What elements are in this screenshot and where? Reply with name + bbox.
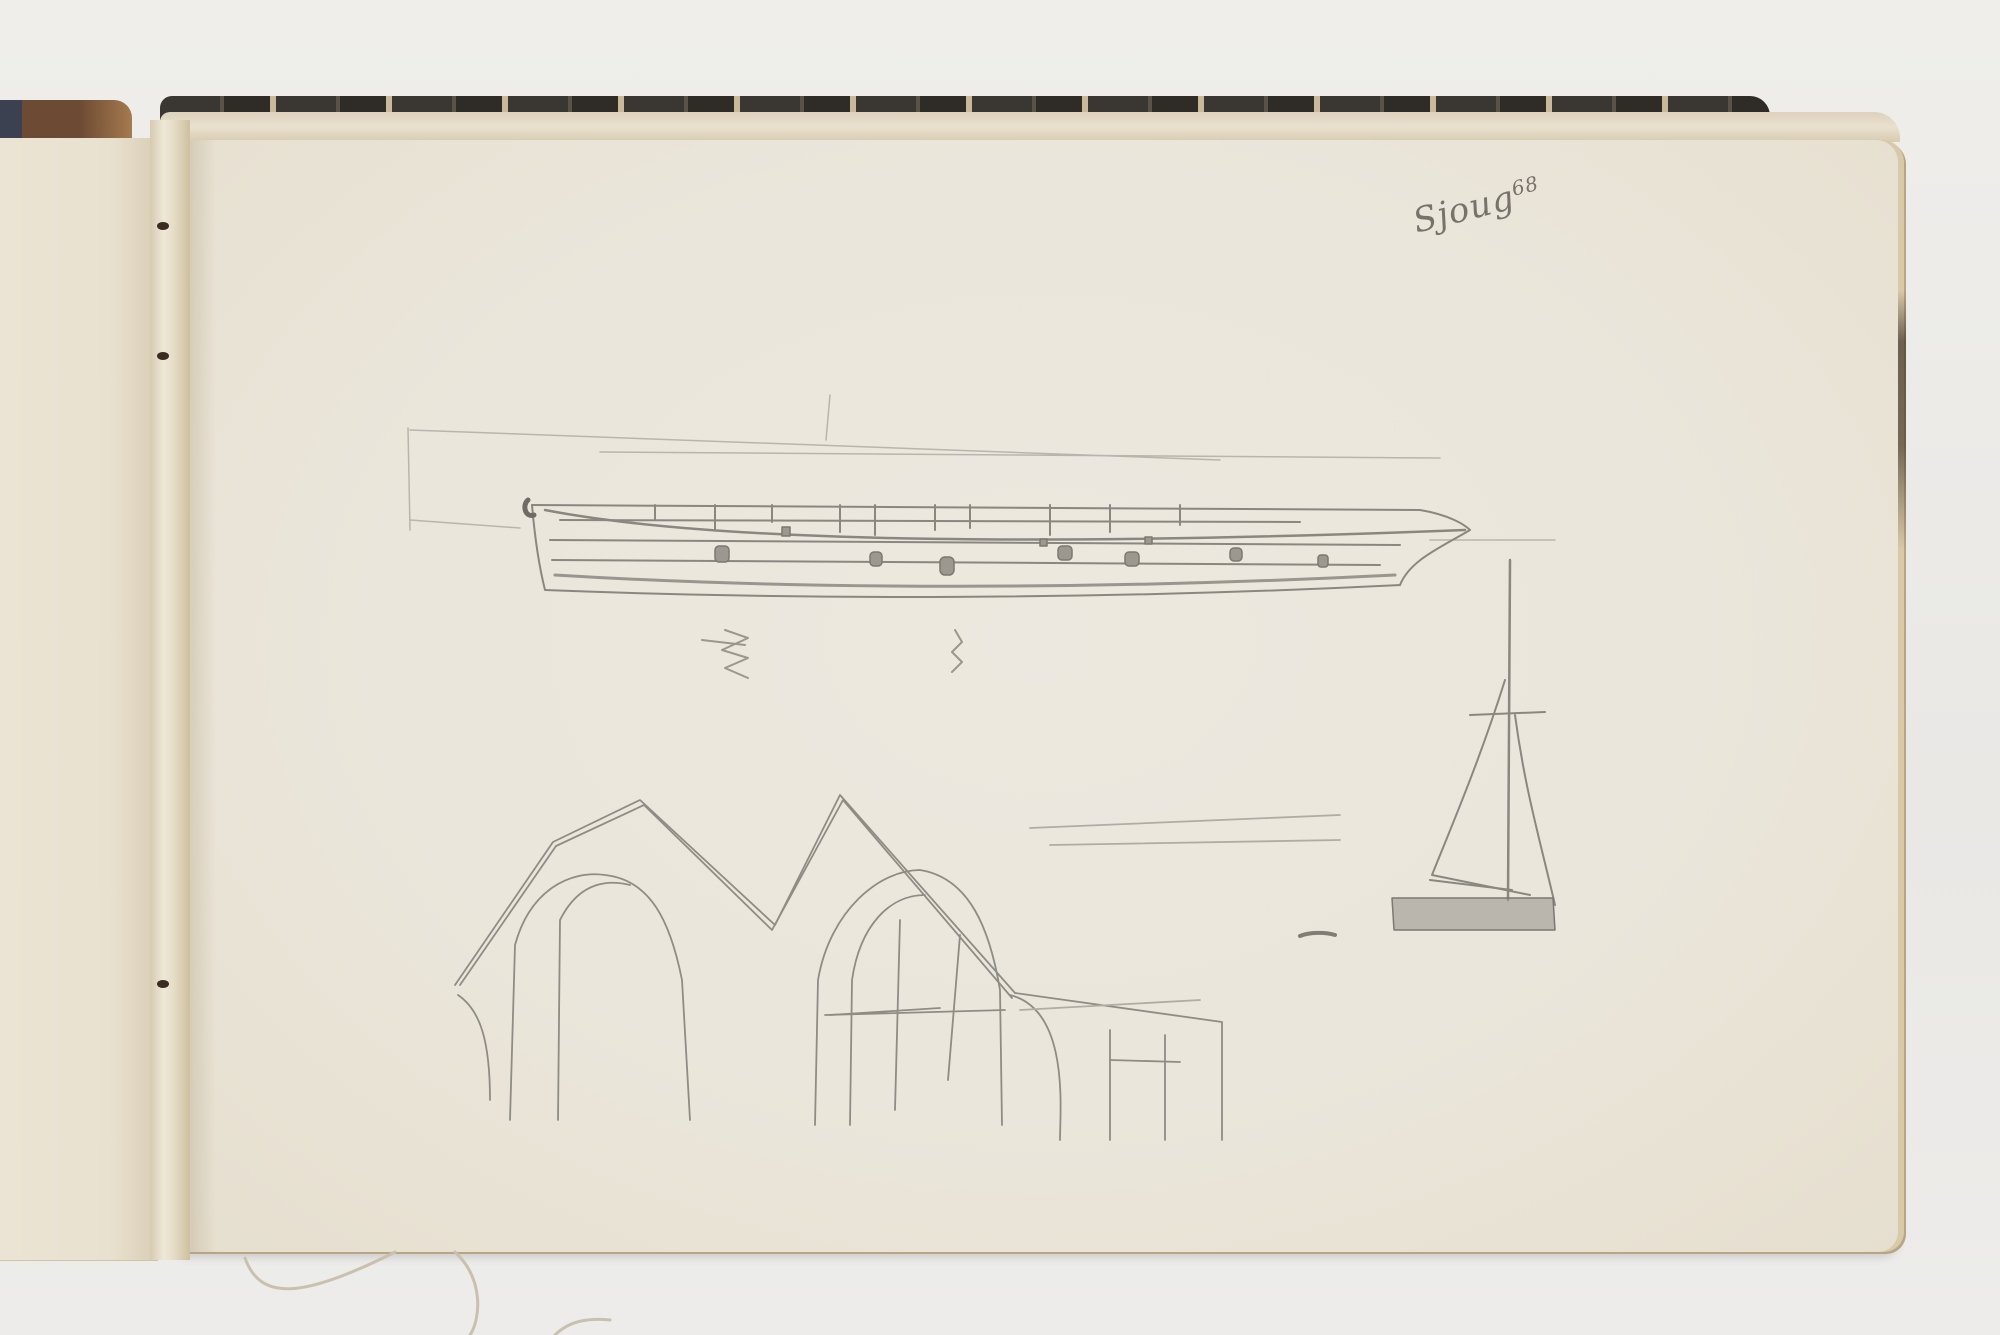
guide-lines: [408, 395, 1555, 540]
squiggle-marks: [702, 630, 962, 678]
sailboat-hull: [1392, 898, 1555, 930]
pencil-mark: [1300, 933, 1335, 936]
binding-thread: [245, 1252, 610, 1335]
pencil-sketches: [0, 0, 2000, 1335]
sailboat-sketch: [1430, 560, 1555, 905]
church-gables-sketch: [455, 795, 1340, 1140]
longboat-sketch: [525, 500, 1470, 597]
inscription-year: 68: [1509, 171, 1541, 201]
